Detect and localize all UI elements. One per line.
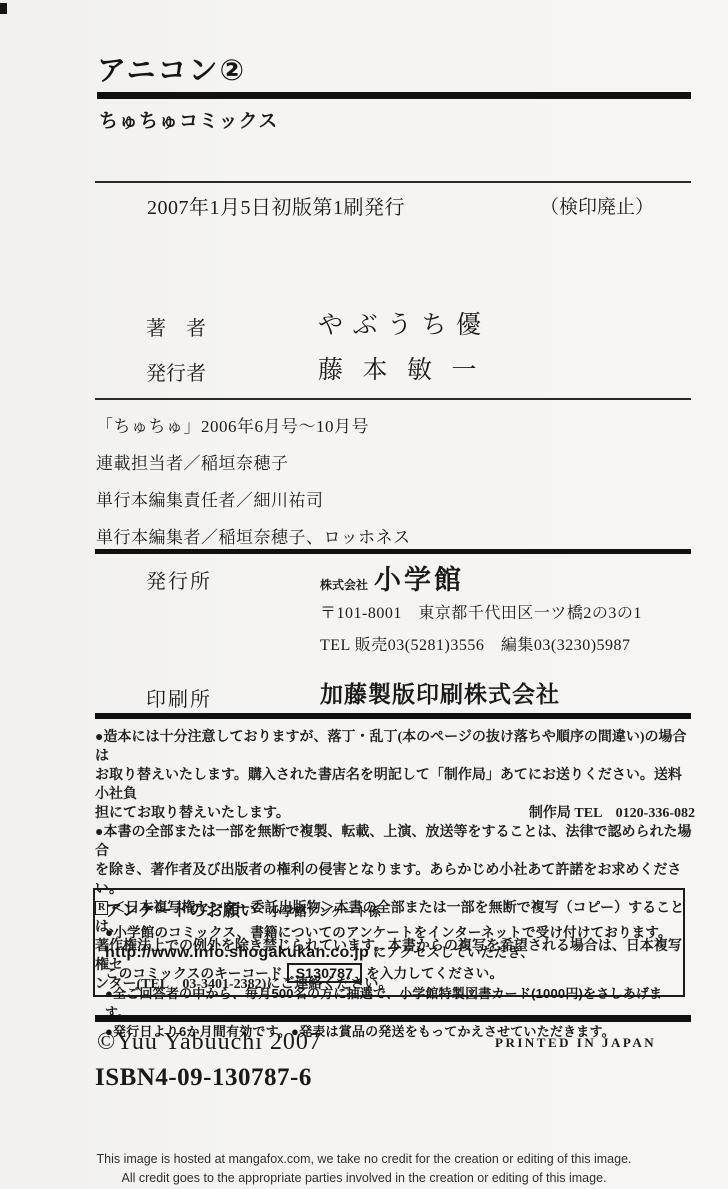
serialization-editor: 連載担当者／稲垣奈穂子 — [96, 445, 411, 482]
imprint-label: ちゅちゅコミックス — [99, 106, 278, 133]
company-name: 小学館 — [374, 565, 464, 595]
hosting-disclaimer: This image is hosted at mangafox.com, we… — [0, 1150, 728, 1188]
notice-line: ●造本には十分注意しておりますが、落丁・乱丁(本のページの抜け落ちや順序の間違い… — [95, 728, 695, 766]
author-name: やぶうち優 — [318, 305, 491, 341]
publisher-telephone: TEL 販売03(5281)3556 編集03(3230)5987 — [320, 632, 631, 655]
copyright-notice: ©Yuu Yabuuchi 2007 — [97, 1029, 322, 1056]
keycode-suffix: を入力してください。 — [366, 966, 503, 981]
serialization-block: 「ちゅちゅ」2006年6月号～10月号 連載担当者／稲垣奈穂子 単行本編集責任者… — [96, 408, 411, 556]
credits-rule-bottom — [95, 398, 691, 400]
edition-rule-top — [95, 181, 691, 183]
publisher-rule-top — [95, 549, 691, 554]
survey-url: http://www.info.shogakukan.co.jp — [105, 944, 369, 961]
survey-intro-line: ●小学館のコミックス、書籍についてのアンケートをインターネットで受け付けておりま… — [105, 921, 673, 941]
survey-url-suffix: にアクセスしていただき、 — [369, 945, 534, 960]
hosting-disclaimer-line2: All credit goes to the appropriate parti… — [0, 1169, 728, 1188]
keycode-value: S130787 — [287, 963, 362, 983]
book-title: アニコン② — [97, 48, 246, 89]
survey-request-box: アンケートのお願い小学館アンケート係 ●小学館のコミックス、書籍についてのアンケ… — [93, 888, 685, 997]
survey-department: 小学館アンケート係 — [269, 905, 381, 919]
scan-artifact-mark — [0, 3, 7, 14]
publisher-person-name: 藤本敏一 — [318, 350, 496, 386]
printer-label: 印刷所 — [146, 683, 212, 712]
survey-url-line: http://www.info.shogakukan.co.jp にアクセスして… — [105, 941, 673, 962]
volume-chief-editor: 単行本編集責任者／細川祐司 — [96, 482, 411, 519]
notice-line-left: 担にてお取り替えいたします。 — [95, 804, 290, 823]
keycode-prefix: このコミックスのキーコード — [105, 966, 283, 981]
survey-keycode-line: このコミックスのキーコードS130787を入力してください。 — [105, 962, 673, 983]
publisher-company: 株式会社小学館 — [320, 558, 464, 597]
title-rule — [97, 92, 691, 99]
company-prefix: 株式会社 — [320, 578, 368, 592]
copyright-rule-top — [95, 1015, 691, 1022]
inspection-abolished-note: （検印廃止） — [540, 192, 654, 219]
notice-line: お取り替えいたします。購入された書店名を明記して「制作局」あてにお送りください。… — [95, 766, 695, 804]
colophon-page: { "page": { "title": "アニコン②", "imprint":… — [0, 0, 728, 1189]
printed-in-japan-label: PRINTED IN JAPAN — [495, 1035, 656, 1051]
isbn-number: ISBN4-09-130787-6 — [95, 1064, 312, 1092]
production-dept-tel: 制作局 TEL 0120-336-082 — [529, 804, 695, 823]
publisher-label: 発行所 — [146, 565, 212, 594]
serialization-run: 「ちゅちゅ」2006年6月号～10月号 — [96, 408, 411, 445]
author-label: 著 者 — [146, 312, 206, 341]
publisher-address: 〒101-8001 東京都千代田区一ツ橋2の3の1 — [320, 600, 642, 623]
printer-name: 加藤製版印刷株式会社 — [320, 676, 560, 709]
survey-header-row: アンケートのお願い小学館アンケート係 — [105, 896, 673, 921]
publisher-person-label: 発行者 — [146, 357, 206, 386]
notice-line: 担にてお取り替えいたします。 制作局 TEL 0120-336-082 — [95, 804, 695, 823]
survey-title: アンケートのお願い — [105, 901, 257, 920]
edition-date: 2007年1月5日初版第1刷発行 — [147, 191, 405, 220]
notice-line: ●本書の全部または一部を無断で複製、転載、上演、放送等をすることは、法律で認めら… — [95, 823, 695, 861]
hosting-disclaimer-line1: This image is hosted at mangafox.com, we… — [0, 1150, 728, 1169]
notice-rule-top — [95, 713, 691, 719]
